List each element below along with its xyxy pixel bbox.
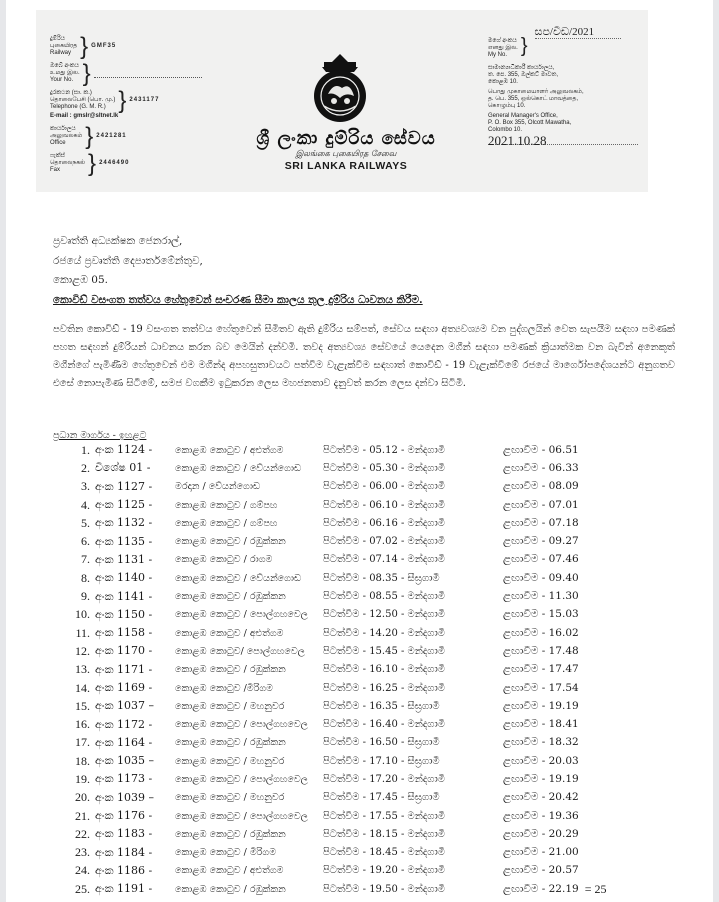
train-number: අංක 1140 - <box>95 571 175 585</box>
arrival-time: ළඟාවීම - 11.30 <box>503 590 579 603</box>
train-number: අංක 1039 – <box>95 791 175 805</box>
departure-time: පිටත්වීම - 12.50 - මන්දගාමී <box>323 609 503 620</box>
label-en: Your No. <box>50 77 80 84</box>
schedule-row: 20.අංක 1039 –කොළඹ කොටුව / මහනුවරපිටත්වීම… <box>66 789 606 807</box>
schedule-row: 9.අංක 1141 -කොළඹ කොටුව / රඹුක්කනපිටත්වීම… <box>66 587 606 605</box>
arrival-time: ළඟාවීම - 15.03 <box>503 608 579 621</box>
train-route: කොළඹ කොටුව / මහනුවර <box>175 792 323 803</box>
row-number: 15. <box>66 699 95 714</box>
train-number: අංක 1186 - <box>95 864 175 878</box>
train-route: කොළඹ කොටුව / ගම්පහ <box>175 518 323 529</box>
recipient-address: ප්‍රවෘත්ති අධ්‍යක්ෂක ජෙනරාල්, රජයේ ප්‍රව… <box>53 232 423 310</box>
address-english: General Manager's Office, P. O. Box 355,… <box>488 113 638 134</box>
arrival-time: ළඟාවීම - 20.03 <box>503 755 579 768</box>
row-number: 16. <box>66 717 95 732</box>
recipient-line: ප්‍රවෘත්ති අධ්‍යක්ෂක ජෙනරාල්, <box>53 232 423 252</box>
schedule-row: 24.අංක 1186 -කොළඹ කොටුව / අළුත්ගමපිටත්වී… <box>66 862 606 880</box>
train-route: කොළඹ කොටුව /මීරිගම <box>175 683 323 694</box>
your-no-blank <box>94 76 202 78</box>
label-si: මගේ අංකය <box>488 38 518 45</box>
arrival-time: ළඟාවීම - 19.36 <box>503 810 579 823</box>
label-si: දුම්රිය <box>50 36 77 43</box>
train-route: කොළඹ කොටුව / රඹුක්කන <box>175 536 323 547</box>
recipient-line: කොළඹ 05. <box>53 271 423 291</box>
label-en: My No. <box>488 52 518 59</box>
arrival-time: ළඟාවීම - 17.47 <box>503 663 579 676</box>
label-en: Office <box>50 140 82 147</box>
label-si: ෆැක්ස් <box>50 153 85 160</box>
label-en: Telephone (G. M. R.) <box>50 104 115 111</box>
row-number: 4. <box>66 498 95 513</box>
train-number: විශේෂ 01 - <box>95 461 175 475</box>
address-line: General Manager's Office, <box>488 113 638 120</box>
arrival-time: ළඟාවීම - 17.48 <box>503 645 579 658</box>
train-number: අංක 1035 – <box>95 754 175 768</box>
schedule-row: 25.අංක 1191 -කොළඹ කොටුව / රඹුක්කනපිටත්වී… <box>66 880 606 898</box>
train-route: කොළඹ කොටුව / රාගම <box>175 554 323 565</box>
railway-emblem-icon <box>300 52 380 128</box>
schedule-row: 2.විශේෂ 01 -කොළඹ කොටුව / වේයන්ගොඩපිටත්වී… <box>66 459 606 477</box>
letter-date: 2021.10.28 <box>488 137 638 144</box>
brace: } <box>88 154 96 174</box>
train-route: කොළඹ කොටුව / වේයන්ගොඩ <box>175 573 323 584</box>
schedule-row: 22.අංක 1183 -කොළඹ කොටුව / රඹුක්කනපිටත්වී… <box>66 825 606 843</box>
label-si: කාර්යාලය <box>50 126 82 133</box>
train-route: කොළඹ කොටුව / පොල්ගහවෙල <box>175 609 323 620</box>
departure-time: පිටත්වීම - 16.10 - මන්දගාමී <box>323 664 503 675</box>
letterhead-contacts: දුම්රිය புகையிரத Railway } GMF35 ඔබේ අංක… <box>50 36 202 180</box>
row-number: 5. <box>66 516 95 531</box>
label-ta: தொலைபேசி (பொ. மு.) <box>50 97 115 104</box>
arrival-time: ළඟාවීම - 07.18 <box>503 517 579 530</box>
arrival-time: ළඟාවීම - 18.41 <box>503 718 579 731</box>
arrival-time: ළඟාවීම - 18.32 <box>503 736 579 749</box>
arrival-time: ළඟාවීම - 16.02 <box>503 627 579 640</box>
org-name-tamil: இலங்கை புகையிரத சேவை <box>236 149 456 159</box>
train-number: අංක 1170 - <box>95 644 175 658</box>
page-edge-right <box>713 0 719 902</box>
train-route: කොළඹ කොටුව / වේයන්ගොඩ <box>175 463 323 474</box>
train-number: අංක 1125 - <box>95 498 175 512</box>
train-number: අංක 1131 - <box>95 553 175 567</box>
schedule-row: 7.අංක 1131 -කොළඹ කොටුව / රාගමපිටත්වීම - … <box>66 551 606 569</box>
schedule-row: 8.අංක 1140 -කොළඹ කොටුව / වේයන්ගොඩපිටත්වී… <box>66 569 606 587</box>
train-route: කොළඹ කොටුව / මහනුවර <box>175 701 323 712</box>
schedule-row: 4.අංක 1125 -කොළඹ කොටුව / ගම්පහපිටත්වීම -… <box>66 496 606 514</box>
train-schedule: 1.අංක 1124 -කොළඹ කොටුව / අළුත්ගමපිටත්වීම… <box>66 441 606 898</box>
row-number: 12. <box>66 644 95 659</box>
train-route: කොළඹ කොටුව / පොල්ගහවෙල <box>175 811 323 822</box>
departure-time: පිටත්වීම - 05.12 - මන්දගාමී <box>323 445 503 456</box>
train-number: අංක 1135 - <box>95 535 175 549</box>
departure-time: පිටත්වීම - 16.35 - සීඝ්‍රගාමී <box>323 701 503 712</box>
departure-time: පිටත්වීම - 06.00 - මන්දගාමී <box>323 481 503 492</box>
train-route: කොළඹ කොටුව / අළුත්ගම <box>175 445 323 456</box>
reference-line <box>535 38 621 39</box>
train-number: අංක 1141 - <box>95 590 175 604</box>
train-number: අංක 1127 - <box>95 480 175 494</box>
letterhead: දුම්රිය புகையிரத Railway } GMF35 ඔබේ අංක… <box>36 10 648 192</box>
schedule-row: 15.අංක 1037 –කොළඹ කොටුව / මහනුවරපිටත්වීම… <box>66 697 606 715</box>
departure-time: පිටත්වීම - 08.35 - සීඝ්‍රගාමී <box>323 573 503 584</box>
org-name-sinhala: ශ්‍රී ලංකා දුම්රිය සේවය <box>236 128 456 149</box>
address-line: කොළඹ 10. <box>488 79 638 86</box>
departure-time: පිටත්වීම - 17.10 - සීඝ්‍රගාමී <box>323 756 503 767</box>
arrival-time: ළඟාවීම - 22.19 <box>503 883 579 896</box>
schedule-row: 10.අංක 1150 -කොළඹ කොටුව / පොල්ගහවෙලපිටත්… <box>66 606 606 624</box>
row-number: 6. <box>66 534 95 549</box>
arrival-time: ළඟාවීම - 09.40 <box>503 572 579 585</box>
train-route: කොළඹ කොටුව / රඹුක්කන <box>175 591 323 602</box>
subject-line: කොවිඩ් වසංගත තත්වය හේතුවෙන් සංචරණ සීමා ක… <box>53 291 423 311</box>
organization-name: ශ්‍රී ලංකා දුම්රිය සේවය இலங்கை புகையிரத … <box>236 128 456 172</box>
office-phone: කාර්යාලය அலுவலகம் Office } 2421281 <box>50 126 202 147</box>
departure-time: පිටත්වීම - 16.25 - මන්දගාමී <box>323 683 503 694</box>
total-count: = 25 <box>585 882 607 897</box>
train-number: අංක 1173 - <box>95 772 175 786</box>
address-tamil: பொது முகாமையாளர் அலுவலகம், த. பெ. 355, ஒ… <box>488 89 638 110</box>
label-ta: எனது இல. <box>488 45 518 52</box>
train-number: අංක 1124 - <box>95 443 175 457</box>
recipient-line: රජයේ ප්‍රවෘත්ති දෙපාර්තමේන්තුව, <box>53 252 423 272</box>
schedule-row: 21.අංක 1176 -කොළඹ කොටුව / පොල්ගහවෙලපිටත්… <box>66 807 606 825</box>
departure-time: පිටත්වීම - 07.02 - මන්දගාමී <box>323 536 503 547</box>
arrival-time: ළඟාවීම - 07.01 <box>503 499 579 512</box>
departure-time: පිටත්වීම - 14.20 - මන්දගාමී <box>323 628 503 639</box>
page-edge-left <box>0 0 6 902</box>
arrival-time: ළඟාවීම - 20.57 <box>503 864 579 877</box>
telephone: දුරකථන (සා. ක.) தொலைபேசி (பொ. மு.) Telep… <box>50 90 202 111</box>
address-line: ත. පෙ. 355, ඔල්කට් මාවත, <box>488 72 638 79</box>
train-route: කොළඹ කොටුව / ගම්පහ <box>175 500 323 511</box>
fax-value: 2446490 <box>99 160 129 167</box>
train-route: කොළඹ කොටුව / මහනුවර <box>175 756 323 767</box>
train-number: අංක 1158 - <box>95 626 175 640</box>
brace: } <box>85 127 93 147</box>
your-no: ඔබේ අංකය உமது இல. Your No. } <box>50 63 202 84</box>
address-line: கொழும்பு 10. <box>488 103 638 110</box>
label-ta: உமது இல. <box>50 70 80 77</box>
address-line: த. பெ. 355, ஒல்கொட் மாவத்தை, <box>488 96 638 103</box>
train-number: අංක 1037 – <box>95 699 175 713</box>
row-number: 23. <box>66 845 95 860</box>
address-line: P. O. Box 355, Olcott Mawatha, <box>488 120 638 127</box>
train-number: අංක 1150 - <box>95 608 175 622</box>
row-number: 25. <box>66 882 95 897</box>
train-route: කොළඹ කොටුව / රඹුක්කන <box>175 737 323 748</box>
row-number: 9. <box>66 589 95 604</box>
arrival-time: ළඟාවීම - 08.09 <box>503 480 579 493</box>
departure-time: පිටත්වීම - 18.45 - මන්දගාමී <box>323 847 503 858</box>
departure-time: පිටත්වීම - 17.45 - සීඝ්‍රගාමී <box>323 792 503 803</box>
schedule-row: 13.අංක 1171 -කොළඹ කොටුව / රඹුක්කනපිටත්වී… <box>66 661 606 679</box>
departure-time: පිටත්වීම - 08.55 - මන්දගාමී <box>323 591 503 602</box>
row-number: 19. <box>66 772 95 787</box>
schedule-row: 5.අංක 1132 -කොළඹ කොටුව / ගම්පහපිටත්වීම -… <box>66 514 606 532</box>
arrival-time: ළඟාවීම - 07.46 <box>503 553 579 566</box>
schedule-row: 23.අංක 1184 -කොළඹ කොටුව / මීරිගමපිටත්වීම… <box>66 844 606 862</box>
email: E-mail : gmslr@sltnet.lk <box>50 113 202 120</box>
arrival-time: ළඟාවීම - 06.33 <box>503 462 579 475</box>
train-number: අංක 1172 - <box>95 718 175 732</box>
label-si: ඔබේ අංකය <box>50 63 80 70</box>
train-route: කොළඹ කොටුව / පොල්ගහවෙල <box>175 774 323 785</box>
row-number: 2. <box>66 461 95 476</box>
arrival-time: ළඟාවීම - 19.19 <box>503 700 579 713</box>
departure-time: පිටත්වීම - 19.50 - මන්දගාමී <box>323 884 503 895</box>
departure-time: පිටත්වීම - 17.20 - මන්දගාමී <box>323 774 503 785</box>
row-number: 22. <box>66 827 95 842</box>
telephone-value: 2431177 <box>129 97 159 104</box>
train-route: කොළඹ කොටුව / පොල්ගහවෙල <box>175 719 323 730</box>
row-number: 20. <box>66 790 95 805</box>
departure-time: පිටත්වීම - 18.15 - මන්දගාමී <box>323 829 503 840</box>
row-number: 14. <box>66 681 95 696</box>
schedule-row: 1.අංක 1124 -කොළඹ කොටුව / අළුත්ගමපිටත්වීම… <box>66 441 606 459</box>
arrival-time: ළඟාවීම - 06.51 <box>503 444 579 457</box>
label-ta: புகையிரத <box>50 43 77 50</box>
label-ta: அலுவலகம் <box>50 133 82 140</box>
label-ta: தொலைநகல் <box>50 160 85 167</box>
brace: } <box>521 36 528 56</box>
row-number: 17. <box>66 735 95 750</box>
railway-code-value: GMF35 <box>91 43 116 50</box>
label-en: Railway <box>50 50 77 57</box>
departure-time: පිටත්වීම - 16.50 - සීඝ්‍රගාමී <box>323 737 503 748</box>
schedule-row: 18.අංක 1035 –කොළඹ කොටුව / මහනුවරපිටත්වීම… <box>66 752 606 770</box>
label-si: දුරකථන (සා. ක.) <box>50 90 115 97</box>
train-number: අංක 1132 - <box>95 516 175 530</box>
arrival-time: ළඟාවීම - 17.54 <box>503 682 579 695</box>
reference-number: සප/වීඩ/2021 <box>535 29 621 36</box>
train-number: අංක 1183 - <box>95 827 175 841</box>
schedule-row: 11.අංක 1158 -කොළඹ කොටුව / අළුත්ගමපිටත්වී… <box>66 624 606 642</box>
departure-time: පිටත්වීම - 05.30 - මන්දගාමී <box>323 463 503 474</box>
row-number: 8. <box>66 571 95 586</box>
brace: } <box>83 64 91 84</box>
train-number: අංක 1191 - <box>95 882 175 896</box>
arrival-time: ළඟාවීම - 09.27 <box>503 535 579 548</box>
departure-time: පිටත්වීම - 15.45 - මන්දගාමී <box>323 646 503 657</box>
train-route: කොළඹ කොටුව / අළුත්ගම <box>175 865 323 876</box>
row-number: 18. <box>66 754 95 769</box>
address-sinhala: සාමාන්‍යාධිකාරී කාර්යාලය, ත. පෙ. 355, ඔල… <box>488 65 638 86</box>
train-number: අංක 1169 - <box>95 681 175 695</box>
org-name-english: SRI LANKA RAILWAYS <box>236 160 456 172</box>
train-number: අංක 1171 - <box>95 663 175 677</box>
label-en: Fax <box>50 167 85 174</box>
row-number: 3. <box>66 479 95 494</box>
schedule-row: 16.අංක 1172 -කොළඹ කොටුව / පොල්ගහවෙලපිටත්… <box>66 715 606 733</box>
train-route: කොළඹ කොටුව / රඹුක්කන <box>175 829 323 840</box>
brace: } <box>118 91 126 111</box>
row-number: 13. <box>66 662 95 677</box>
train-route: කොළඹ කොටුව/ පොල්ගහවෙල <box>175 646 323 657</box>
train-number: අංක 1176 - <box>95 809 175 823</box>
departure-time: පිටත්වීම - 19.20 - මන්දගාමී <box>323 865 503 876</box>
train-route: කොළඹ කොටුව / රඹුක්කන <box>175 664 323 675</box>
departure-time: පිටත්වීම - 06.16 - මන්දගාමී <box>323 518 503 529</box>
departure-time: පිටත්වීම - 07.14 - මන්දගාමී <box>323 554 503 565</box>
railway-code: දුම්රිය புகையிரத Railway } GMF35 <box>50 36 202 57</box>
body-paragraph: පවතින කොවිඩ් - 19 වසංගත තත්වය හේතුවෙන් ස… <box>53 321 675 393</box>
schedule-row: 19.අංක 1173 -කොළඹ කොටුව / පොල්ගහවෙලපිටත්… <box>66 770 606 788</box>
row-number: 21. <box>66 809 95 824</box>
my-no: මගේ අංකය எனது இல. My No. } සප/වීඩ/2021 <box>488 32 638 59</box>
section-heading: ප්‍රධාන මාර්ගය - ඉහළට <box>53 430 146 441</box>
row-number: 10. <box>66 607 95 622</box>
row-number: 7. <box>66 552 95 567</box>
schedule-row: 17.අංක 1164 -කොළඹ කොටුව / රඹුක්කනපිටත්වී… <box>66 734 606 752</box>
schedule-row: 6.අංක 1135 -කොළඹ කොටුව / රඹුක්කනපිටත්වීම… <box>66 532 606 550</box>
train-number: අංක 1184 - <box>95 846 175 860</box>
row-number: 1. <box>66 443 95 458</box>
train-route: මරදාන / වේයන්ගොඩ <box>175 481 323 492</box>
arrival-time: ළඟාවීම - 20.42 <box>503 791 579 804</box>
arrival-time: ළඟාවීම - 20.29 <box>503 828 579 841</box>
departure-time: පිටත්වීම - 17.55 - මන්දගාමී <box>323 811 503 822</box>
departure-time: පිටත්වීම - 06.10 - මන්දගාමී <box>323 500 503 511</box>
arrival-time: ළඟාවීම - 21.00 <box>503 846 579 859</box>
row-number: 24. <box>66 863 95 878</box>
brace: } <box>80 37 88 57</box>
letterhead-address: මගේ අංකය எனது இல. My No. } සප/වීඩ/2021 ස… <box>488 32 638 145</box>
departure-time: පිටත්වීම - 16.40 - මන්දගාමී <box>323 719 503 730</box>
office-value: 2421281 <box>96 133 126 140</box>
fax: ෆැක්ස් தொலைநகல் Fax } 2446490 <box>50 153 202 174</box>
train-route: කොළඹ කොටුව / රඹුක්කන <box>175 884 323 895</box>
schedule-row: 3.අංක 1127 -මරදාන / වේයන්ගොඩපිටත්වීම - 0… <box>66 478 606 496</box>
train-route: කොළඹ කොටුව / මීරිගම <box>175 847 323 858</box>
train-number: අංක 1164 - <box>95 736 175 750</box>
train-route: කොළඹ කොටුව / අළුත්ගම <box>175 628 323 639</box>
address-line: பொது முகாமையாளர் அலுவலகம், <box>488 89 638 96</box>
row-number: 11. <box>66 626 95 641</box>
schedule-row: 12.අංක 1170 -කොළඹ කොටුව/ පොල්ගහවෙලපිටත්ව… <box>66 642 606 660</box>
arrival-time: ළඟාවීම - 19.19 <box>503 773 579 786</box>
schedule-row: 14.අංක 1169 -කොළඹ කොටුව /මීරිගමපිටත්වීම … <box>66 679 606 697</box>
address-line: සාමාන්‍යාධිකාරී කාර්යාලය, <box>488 65 638 72</box>
